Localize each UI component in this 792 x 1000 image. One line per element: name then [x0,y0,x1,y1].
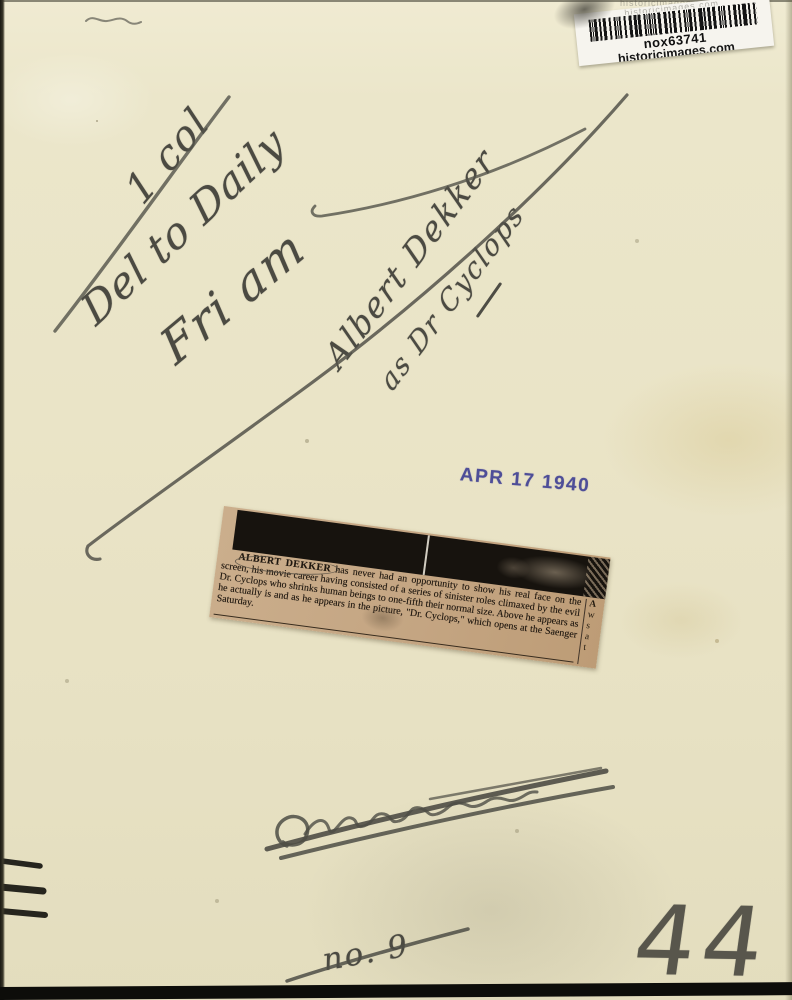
e-mark-stroke [0,887,43,891]
scan-right-edge [785,0,792,1000]
pencil-strokes-layer [0,0,792,1000]
scrawl-strikethrough-3 [430,768,601,799]
e-mark-stroke [2,861,40,866]
date-stamp: APR 17 1940 [459,464,591,497]
e-mark-stroke [1,911,45,915]
pencil-squiggle [86,18,141,24]
handwriting-number-nine: no. 9 [320,928,412,979]
adjacent-column-letter: t [583,642,599,655]
paper-speckles [96,120,98,122]
clipping-photo-divider-line [422,535,429,575]
scan-left-edge [0,0,5,1000]
scrawl-word [305,792,537,834]
clipping-photo-hatch-corner [583,557,610,600]
clipping-photo-highlight-2 [495,555,532,581]
clipping-smudge-stain [359,601,406,635]
newspaper-clipping: ALBERT DEKKER has never had an opportuni… [209,506,610,669]
scrawl-strikethrough-2 [281,787,613,858]
scrawl-strikethrough-1 [267,771,606,849]
crossed-out-scrawl [267,768,613,858]
scrawl-loop [277,817,308,846]
press-photo-back-scan: historicimages.com 1 col Del to Daily Fr… [0,0,792,1000]
e-shaped-edge-mark [0,861,45,915]
scan-top-edge [0,0,792,2]
